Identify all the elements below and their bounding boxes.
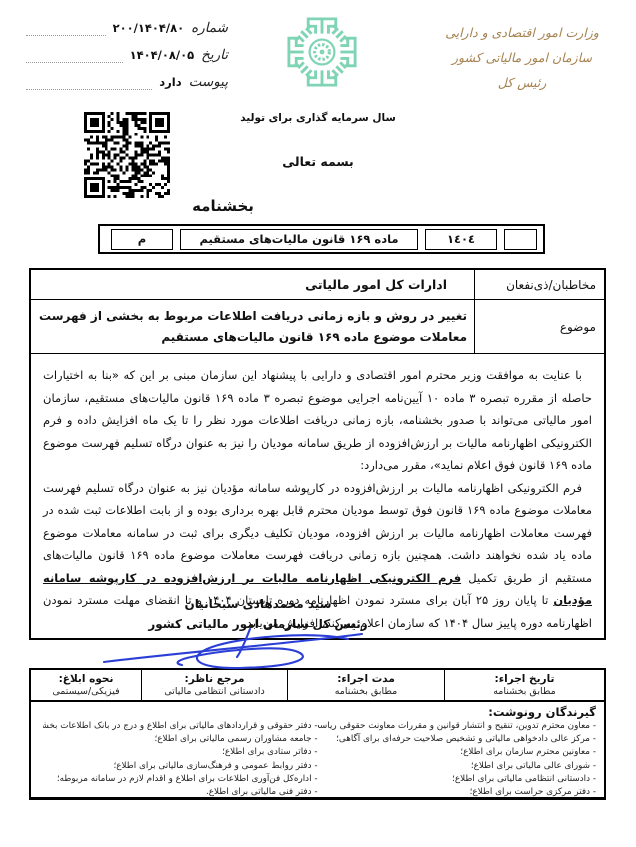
recipient-item: - جامعه مشاوران رسمی مالیاتی برای اطلاع؛ [43,733,318,746]
recipients-column-right: - معاون محترم تدوین، تنقیح و انتشار قوان… [318,720,597,799]
doc-date-row: تاریخ ۱۴۰۴/۰۸/۰۵ [26,47,228,63]
doc-number-label: شماره [191,20,228,36]
recipient-item: - معاونین محترم سازمان برای اطلاع؛ [318,746,597,759]
exec-duration-value: مطابق بخشنامه [335,686,398,698]
body-paragraph-2-pre: فرم الکترونیکی اظهارنامه مالیات بر ارزش‌… [43,481,592,585]
dotted-leader [26,21,106,36]
recipient-item: - مرکز عالی دادخواهی مالیاتی و تشخیص صلا… [318,733,597,746]
letterhead: وزارت امور اقتصادی و دارایی سازمان امور … [422,20,622,95]
exec-supervisor-cell: مرجع ناظر: دادستانی انتظامی مالیاتی [141,670,287,700]
subject-row: موضوع تغییر در روش و بازه زمانی دریافت ا… [31,300,604,354]
classification-bar: ١٤٠٤ ماده ۱۶۹ قانون مالیات‌های مستقیم م [98,224,545,254]
copy-recipients-section: گیرندگان رونوشت: - معاون محترم تدوین، تن… [29,702,606,800]
recipients-column-left: - دفتر حقوقی و قراردادهای مالیاتی برای ا… [39,720,318,799]
letterhead-ministry: وزارت امور اقتصادی و دارایی [422,20,622,45]
subject-value: تغییر در روش و بازه زمانی دریافت اطلاعات… [31,300,474,353]
exec-notification-cell: نحوه ابلاغ: فیزیکی/سیستمی [31,670,141,700]
recipient-item: - معاون محترم تدوین، تنقیح و انتشار قوان… [318,720,597,733]
dotted-leader [26,48,123,63]
exec-notification-value: فیزیکی/سیستمی [52,686,119,698]
doc-date-label: تاریخ [201,47,228,63]
audience-value: ادارات کل امور مالیاتی [31,270,474,299]
recipient-item: - شورای عالی مالیاتی برای اطلاع؛ [318,760,597,773]
classification-year-box: ١٤٠٤ [425,229,497,250]
audience-row: مخاطبان/ذی‌نفعان ادارات کل امور مالیاتی [31,270,604,300]
signature-scribble-icon [98,626,370,672]
exec-duration-label: مدت اجراء: [337,673,395,686]
body-text: با عنایت به موافقت وزیر محترم امور اقتصا… [31,354,604,634]
body-paragraph-1: با عنایت به موافقت وزیر محترم امور اقتصا… [43,364,592,477]
classification-law-box: ماده ۱۶۹ قانون مالیات‌های مستقیم [180,229,418,250]
recipient-item: - اداره‌کل فن‌آوری اطلاعات برای اطلاع و … [43,773,318,786]
exec-date-cell: تاریخ اجراء: مطابق بخشنامه [444,670,604,700]
letterhead-office: رئیس کل [422,70,622,95]
recipients-columns: - معاون محترم تدوین، تنقیح و انتشار قوان… [39,720,596,799]
recipient-item: - دفاتر ستادی برای اطلاع؛ [43,746,318,759]
main-table: مخاطبان/ذی‌نفعان ادارات کل امور مالیاتی … [29,268,606,640]
doc-number-row: شماره ۲۰۰/۱۴۰۴/۸۰ [26,20,228,36]
exec-supervisor-label: مرجع ناظر: [185,673,245,686]
doc-date-value: ۱۴۰۴/۰۸/۰۵ [130,48,195,62]
execution-table: تاریخ اجراء: مطابق بخشنامه مدت اجراء: مط… [29,668,606,702]
doc-attachment-value: دارد [159,75,181,89]
doc-attachment-row: پیوست دارد [26,74,228,90]
exec-supervisor-value: دادستانی انتظامی مالیاتی [164,686,264,698]
year-slogan: سال سرمایه گذاری برای تولید [168,112,468,124]
tax-organization-logo-icon [276,6,368,98]
recipient-item: - دفتر روابط عمومی و فرهنگ‌سازی مالیاتی … [43,760,318,773]
exec-notification-label: نحوه ابلاغ: [59,673,114,686]
doc-number-value: ۲۰۰/۱۴۰۴/۸۰ [113,21,185,35]
bismillah-text: بسمه تعالی [168,154,468,169]
recipient-item: - دفتر مرکزی حراست برای اطلاع؛ [318,786,597,799]
exec-date-label: تاریخ اجراء: [495,673,555,686]
classification-letter-box: م [111,229,173,250]
exec-date-value: مطابق بخشنامه [493,686,556,698]
letterhead-organization: سازمان امور مالیاتی کشور [422,45,622,70]
recipient-item: - دفتر فنی مالیاتی برای اطلاع. [43,786,318,799]
classification-empty-box [504,229,537,250]
doc-attachment-label: پیوست [189,74,228,90]
document-type-title: بخشنامه [178,197,268,215]
audience-label: مخاطبان/ذی‌نفعان [474,270,604,299]
document-meta: شماره ۲۰۰/۱۴۰۴/۸۰ تاریخ ۱۴۰۴/۰۸/۰۵ پیوست… [26,20,228,101]
recipients-heading: گیرندگان رونوشت: [39,704,596,720]
exec-duration-cell: مدت اجراء: مطابق بخشنامه [287,670,444,700]
dotted-leader [26,75,152,90]
circular-document-page: وزارت امور اقتصادی و دارایی سازمان امور … [0,0,636,847]
qr-code [84,112,170,198]
recipient-item: - دادستانی انتظامی مالیاتی برای اطلاع؛ [318,773,597,786]
signatory-name: سید محمدهادی سبحانیان [148,594,368,614]
recipient-item: - دفتر حقوقی و قراردادهای مالیاتی برای ا… [43,720,318,733]
subject-label: موضوع [474,300,604,353]
